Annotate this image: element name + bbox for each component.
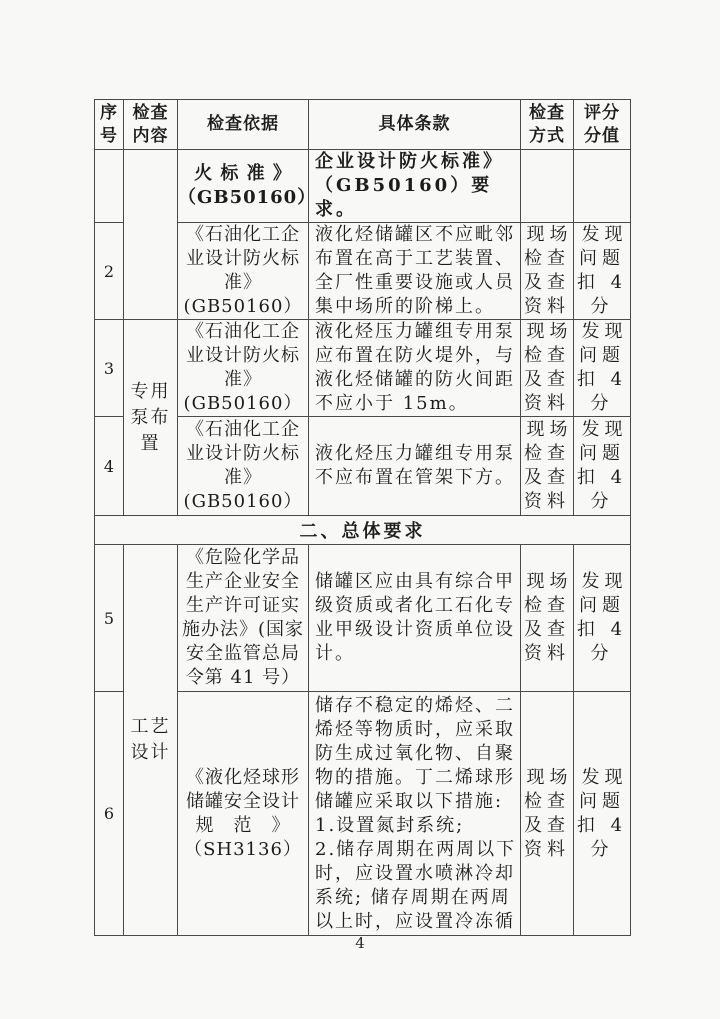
seq-cell-empty <box>95 150 124 223</box>
seq-cell-5: 5 <box>95 545 124 692</box>
section-title: 二、总体要求 <box>95 516 631 545</box>
basis-cell-6: 《液化烃球形 储罐安全设计 规 范 》 （SH3136） <box>178 692 309 936</box>
method-cell-empty <box>521 150 574 223</box>
seq-cell-2: 2 <box>95 223 124 320</box>
header-method: 检查 方式 <box>521 100 574 150</box>
header-seq: 序 号 <box>95 100 124 150</box>
content-cell-process-design: 工艺 设计 <box>124 545 178 936</box>
header-content: 检查 内容 <box>124 100 178 150</box>
content-cell-empty <box>124 150 178 320</box>
basis-cell-3: 《石油化工企 业设计防火标 准》(GB50160） <box>178 320 309 417</box>
clause-cell-4: 液化烃压力罐组专用泵 不应布置在管架下方。 <box>309 417 521 516</box>
inspection-table: 序 号 检查 内容 检查依据 具体条款 检查 方式 评分 分值 火 标 准 》 … <box>94 99 631 936</box>
page-number: 4 <box>0 934 720 952</box>
table-header-row: 序 号 检查 内容 检查依据 具体条款 检查 方式 评分 分值 <box>95 100 631 150</box>
score-cell-3: 发现 问题 扣 4 分 <box>574 320 631 417</box>
table-row-1-continued: 火 标 准 》 （GB50160） 企业设计防火标准》 （GB50160）要求。 <box>95 150 631 223</box>
clause-cell-3: 液化烃压力罐组专用泵 应布置在防火堤外，与 液化烃储罐的防火间距 不应小于 15… <box>309 320 521 417</box>
score-cell-5: 发现 问题 扣 4 分 <box>574 545 631 692</box>
seq-cell-4: 4 <box>95 417 124 516</box>
score-cell-2: 发现 问题 扣 4 分 <box>574 223 631 320</box>
basis-cell-2: 《石油化工企 业设计防火标 准》(GB50160） <box>178 223 309 320</box>
header-clause: 具体条款 <box>309 100 521 150</box>
basis-cell-5: 《危险化学品 生产企业安全 生产许可证实 施办法》(国家 安全监管总局 令第 4… <box>178 545 309 692</box>
content-cell-pump-layout: 专用 泵布 置 <box>124 320 178 516</box>
method-cell-4: 现场 检查 及查 资料 <box>521 417 574 516</box>
clause-cell-r1cont: 企业设计防火标准》 （GB50160）要求。 <box>309 150 521 223</box>
basis-cell-r1cont: 火 标 准 》 （GB50160） <box>178 150 309 223</box>
method-cell-3: 现场 检查 及查 资料 <box>521 320 574 417</box>
header-score: 评分 分值 <box>574 100 631 150</box>
section-header-row: 二、总体要求 <box>95 516 631 545</box>
score-cell-6: 发现 问题 扣 4 分 <box>574 692 631 936</box>
header-basis: 检查依据 <box>178 100 309 150</box>
clause-cell-5: 储罐区应由具有综合甲 级资质或者化工石化专 业甲级设计资质单位设 计。 <box>309 545 521 692</box>
seq-cell-3: 3 <box>95 320 124 417</box>
seq-cell-6: 6 <box>95 692 124 936</box>
method-cell-6: 现场 检查 及查 资料 <box>521 692 574 936</box>
table-row-5: 5 工艺 设计 《危险化学品 生产企业安全 生产许可证实 施办法》(国家 安全监… <box>95 545 631 692</box>
score-cell-empty <box>574 150 631 223</box>
basis-cell-4: 《石油化工企 业设计防火标 准》(GB50160） <box>178 417 309 516</box>
method-cell-2: 现场 检查 及查 资料 <box>521 223 574 320</box>
clause-cell-2: 液化烃储罐区不应毗邻 布置在高于工艺装置、 全厂性重要设施或人员 集中场所的阶梯… <box>309 223 521 320</box>
table-row-3: 3 专用 泵布 置 《石油化工企 业设计防火标 准》(GB50160） 液化烃压… <box>95 320 631 417</box>
score-cell-4: 发现 问题 扣 4 分 <box>574 417 631 516</box>
method-cell-5: 现场 检查 及查 资料 <box>521 545 574 692</box>
clause-cell-6: 储存不稳定的烯烃、二 烯烃等物质时，应采取 防生成过氧化物、自聚 物的措施。丁二… <box>309 692 521 936</box>
